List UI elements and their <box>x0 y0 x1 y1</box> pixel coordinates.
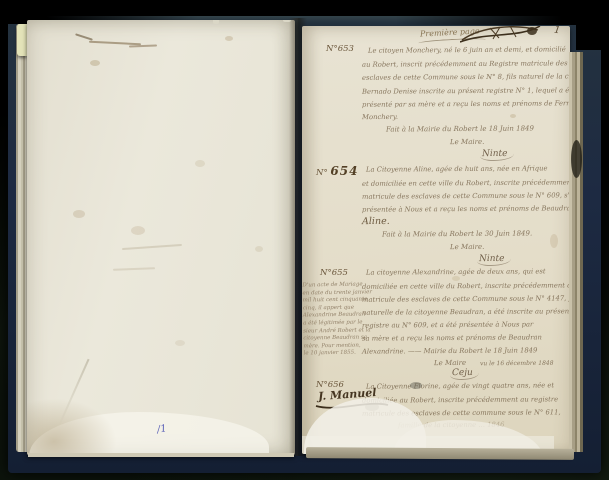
stain <box>175 340 185 346</box>
register-entry-653: N°653 Le citoyen Monchery, né le 6 juin … <box>302 42 570 162</box>
entry-dateline: Fait à la Mairie du Robert le 30 Juin 18… <box>382 229 532 238</box>
mayor-paraph: Ninte <box>477 254 511 266</box>
offset-impression <box>113 267 155 270</box>
ink-smudge <box>75 33 93 40</box>
stain <box>550 234 558 248</box>
page-corner-tab <box>17 24 27 56</box>
stain <box>131 226 145 235</box>
entry-number: N°656 <box>316 380 344 390</box>
scanned-register-photo: /1 Première page 1 N°653 Le citoyen Monc… <box>0 0 609 480</box>
left-page-bottom-edge <box>28 453 294 457</box>
entry-line: sa mère et a reçu les noms et prénoms de… <box>362 333 542 342</box>
ink-smudge <box>129 45 157 47</box>
entry-role: Le Maire <box>434 359 466 367</box>
stain <box>90 60 100 66</box>
entry-line: présentée à Nous et a reçu les noms et p… <box>362 204 570 213</box>
entry-name-line: Aline. <box>362 216 390 227</box>
entry-number: N° 654 <box>316 164 358 178</box>
entry-line: présenté par sa mère et a reçu les noms … <box>362 99 570 109</box>
corner-stain <box>27 398 117 455</box>
entry-line: Monchery. <box>362 113 398 121</box>
stain <box>195 160 205 167</box>
page-number: 1 <box>553 26 561 36</box>
entry-line: registre au N° 609, et a été présentée à… <box>362 320 533 329</box>
register-entry-654: N° 654 La Citoyenne Aline, agée de huit … <box>302 160 570 270</box>
top-shadow-right <box>395 12 580 25</box>
blue-pencil-mark: /1 <box>156 423 167 436</box>
ink-smudge <box>410 382 422 389</box>
entry-number: N°655 <box>320 268 348 278</box>
entry-role: Le Maire. <box>450 243 484 251</box>
entry-line: esclaves de cette Commune sous le N° 8, … <box>362 72 570 82</box>
stain <box>73 210 85 218</box>
paper-notch <box>213 20 219 24</box>
entry-line: La Citoyenne Florine, agée de vingt quat… <box>366 381 554 390</box>
left-page: /1 <box>27 20 295 455</box>
stain <box>255 246 263 252</box>
ink-smudge <box>89 41 141 45</box>
entry-role: Le Maire. <box>450 138 484 146</box>
entry-number: N°653 <box>326 44 354 54</box>
entry-line: et domiciliée en cette ville du Robert, … <box>362 178 570 188</box>
entry-line: Le citoyen Monchery, né le 6 juin an et … <box>368 45 566 54</box>
stain <box>452 276 460 281</box>
register-entry-655: N°655 D'un acte de Mariage en date du tr… <box>302 266 570 378</box>
background-mask <box>576 0 609 50</box>
entry-visa-note: vu le 16 décembre 1848 <box>480 360 554 368</box>
entry-line: Bernado Denise inscrite au présent regis… <box>362 86 570 95</box>
bottom-page-edge-stack <box>306 447 574 460</box>
mayor-paraph: Ceju <box>450 368 479 380</box>
right-page: Première page 1 N°653 Le citoyen Moncher… <box>302 26 570 454</box>
entry-dateline: Fait à la Mairie du Robert le 18 Juin 18… <box>386 124 534 133</box>
stain <box>225 36 233 41</box>
entry-line: au Robert, inscrit précédemment au Regis… <box>362 59 568 68</box>
margin-annotation: D'un acte de Mariage en date du trente j… <box>302 281 365 358</box>
right-page-edge-stack <box>569 52 583 452</box>
edge-stain <box>571 140 582 178</box>
entry-line: La Citoyenne Aline, agée de huit ans, né… <box>366 164 548 173</box>
stain <box>510 114 516 118</box>
entry-line: matricule des esclaves de cette Commune … <box>362 294 570 304</box>
offset-impression <box>122 244 182 250</box>
entry-line: domiciliée en cette ville du Robert, ins… <box>362 281 570 291</box>
entry-line: matricule des esclaves de cette Commune … <box>362 191 570 201</box>
entry-line: naturelle de la citoyenne Beaudran, a ét… <box>362 307 570 316</box>
entry-line: Alexandrine. —— Mairie du Robert le 18 J… <box>362 346 537 355</box>
